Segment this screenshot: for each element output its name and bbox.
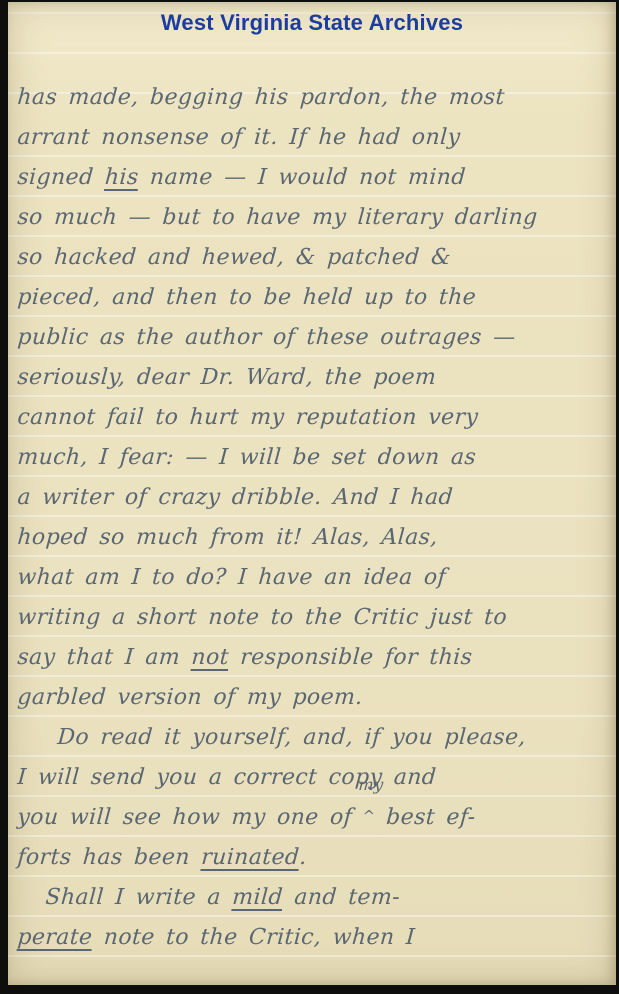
letter-body: has made, begging his pardon, the mostar… — [16, 78, 612, 958]
letter-text: say that I am — [17, 645, 193, 670]
letter-text: responsible for this — [228, 645, 473, 670]
letter-text: public as the author of these outrages — — [17, 325, 517, 350]
underlined-word: not — [191, 645, 230, 670]
letter-line: has made, begging his pardon, the most — [16, 78, 615, 118]
letter-text: Do read it yourself, and, if you please, — [57, 725, 527, 750]
letter-text: what am I to do? I have an idea of — [17, 565, 447, 590]
letter-line: so hacked and hewed, & patched & — [16, 238, 615, 278]
letter-line: you will see how my one ofmy^best ef- — [16, 798, 615, 838]
ruled-letter-paper: West Virginia State Archives has made, b… — [8, 2, 616, 985]
letter-text: has made, begging his pardon, the most — [17, 85, 506, 110]
letter-text: writing a short note to the Critic just … — [17, 605, 508, 630]
letter-text: you will see how my one of — [17, 805, 354, 830]
letter-line: Do read it yourself, and, if you please, — [16, 718, 615, 758]
letter-text: pieced, and then to be held up to the — [17, 285, 477, 310]
letter-line: perate note to the Critic, when I — [16, 918, 615, 958]
letter-line: signed his name — I would not mind — [16, 158, 615, 198]
letter-text: a writer of crazy dribble. And I had — [17, 485, 454, 510]
letter-text: name — I would not mind — [138, 165, 467, 190]
letter-text: cannot fail to hurt my reputation very — [17, 405, 480, 430]
caret-mark: ^ — [362, 809, 376, 824]
inserted-word-text: my — [358, 777, 384, 793]
letter-line: forts has been ruinated. — [16, 838, 615, 878]
underlined-word: his — [104, 165, 139, 190]
letter-text: seriously, dear Dr. Ward, the poem — [17, 365, 438, 390]
letter-line: I will send you a correct copy and — [16, 758, 615, 798]
letter-text: Shall I write a — [45, 885, 234, 910]
letter-line: cannot fail to hurt my reputation very — [16, 398, 615, 438]
letter-text: so hacked and hewed, & patched & — [17, 245, 452, 270]
letter-text: note to the Critic, when I — [92, 925, 416, 950]
underlined-word: ruinated — [200, 845, 300, 870]
page-title: West Virginia State Archives — [161, 10, 463, 36]
letter-line: so much — but to have my literary darlin… — [16, 198, 615, 238]
letter-line: public as the author of these outrages — — [16, 318, 615, 358]
letter-line: hoped so much from it! Alas, Alas, — [16, 518, 615, 558]
archives-banner: West Virginia State Archives — [8, 2, 616, 44]
inserted-word: my^ — [352, 823, 386, 824]
scanned-letter-page: West Virginia State Archives has made, b… — [0, 0, 619, 994]
letter-text: so much — but to have my literary darlin… — [17, 205, 539, 230]
letter-text: garbled version of my poem. — [17, 685, 364, 710]
letter-line: garbled version of my poem. — [16, 678, 615, 718]
letter-text: arrant nonsense of it. If he had only — [17, 125, 462, 150]
letter-line: seriously, dear Dr. Ward, the poem — [16, 358, 615, 398]
letter-line: Shall I write a mild and tem- — [16, 878, 615, 918]
underlined-word: perate — [17, 925, 94, 950]
letter-line: writing a short note to the Critic just … — [16, 598, 615, 638]
letter-line: what am I to do? I have an idea of — [16, 558, 615, 598]
letter-text: much, I fear: — I will be set down as — [17, 445, 478, 470]
letter-text: signed — [17, 165, 106, 190]
letter-text: forts has been — [17, 845, 203, 870]
underlined-word: mild — [231, 885, 283, 910]
letter-line: much, I fear: — I will be set down as — [16, 438, 615, 478]
letter-text: and tem- — [282, 885, 401, 910]
letter-line: arrant nonsense of it. If he had only — [16, 118, 615, 158]
letter-text: . — [299, 845, 308, 870]
letter-line: say that I am not responsible for this — [16, 638, 615, 678]
letter-text: best ef- — [385, 805, 476, 830]
letter-text: hoped so much from it! Alas, Alas, — [17, 525, 439, 550]
letter-line: a writer of crazy dribble. And I had — [16, 478, 615, 518]
letter-line: pieced, and then to be held up to the — [16, 278, 615, 318]
